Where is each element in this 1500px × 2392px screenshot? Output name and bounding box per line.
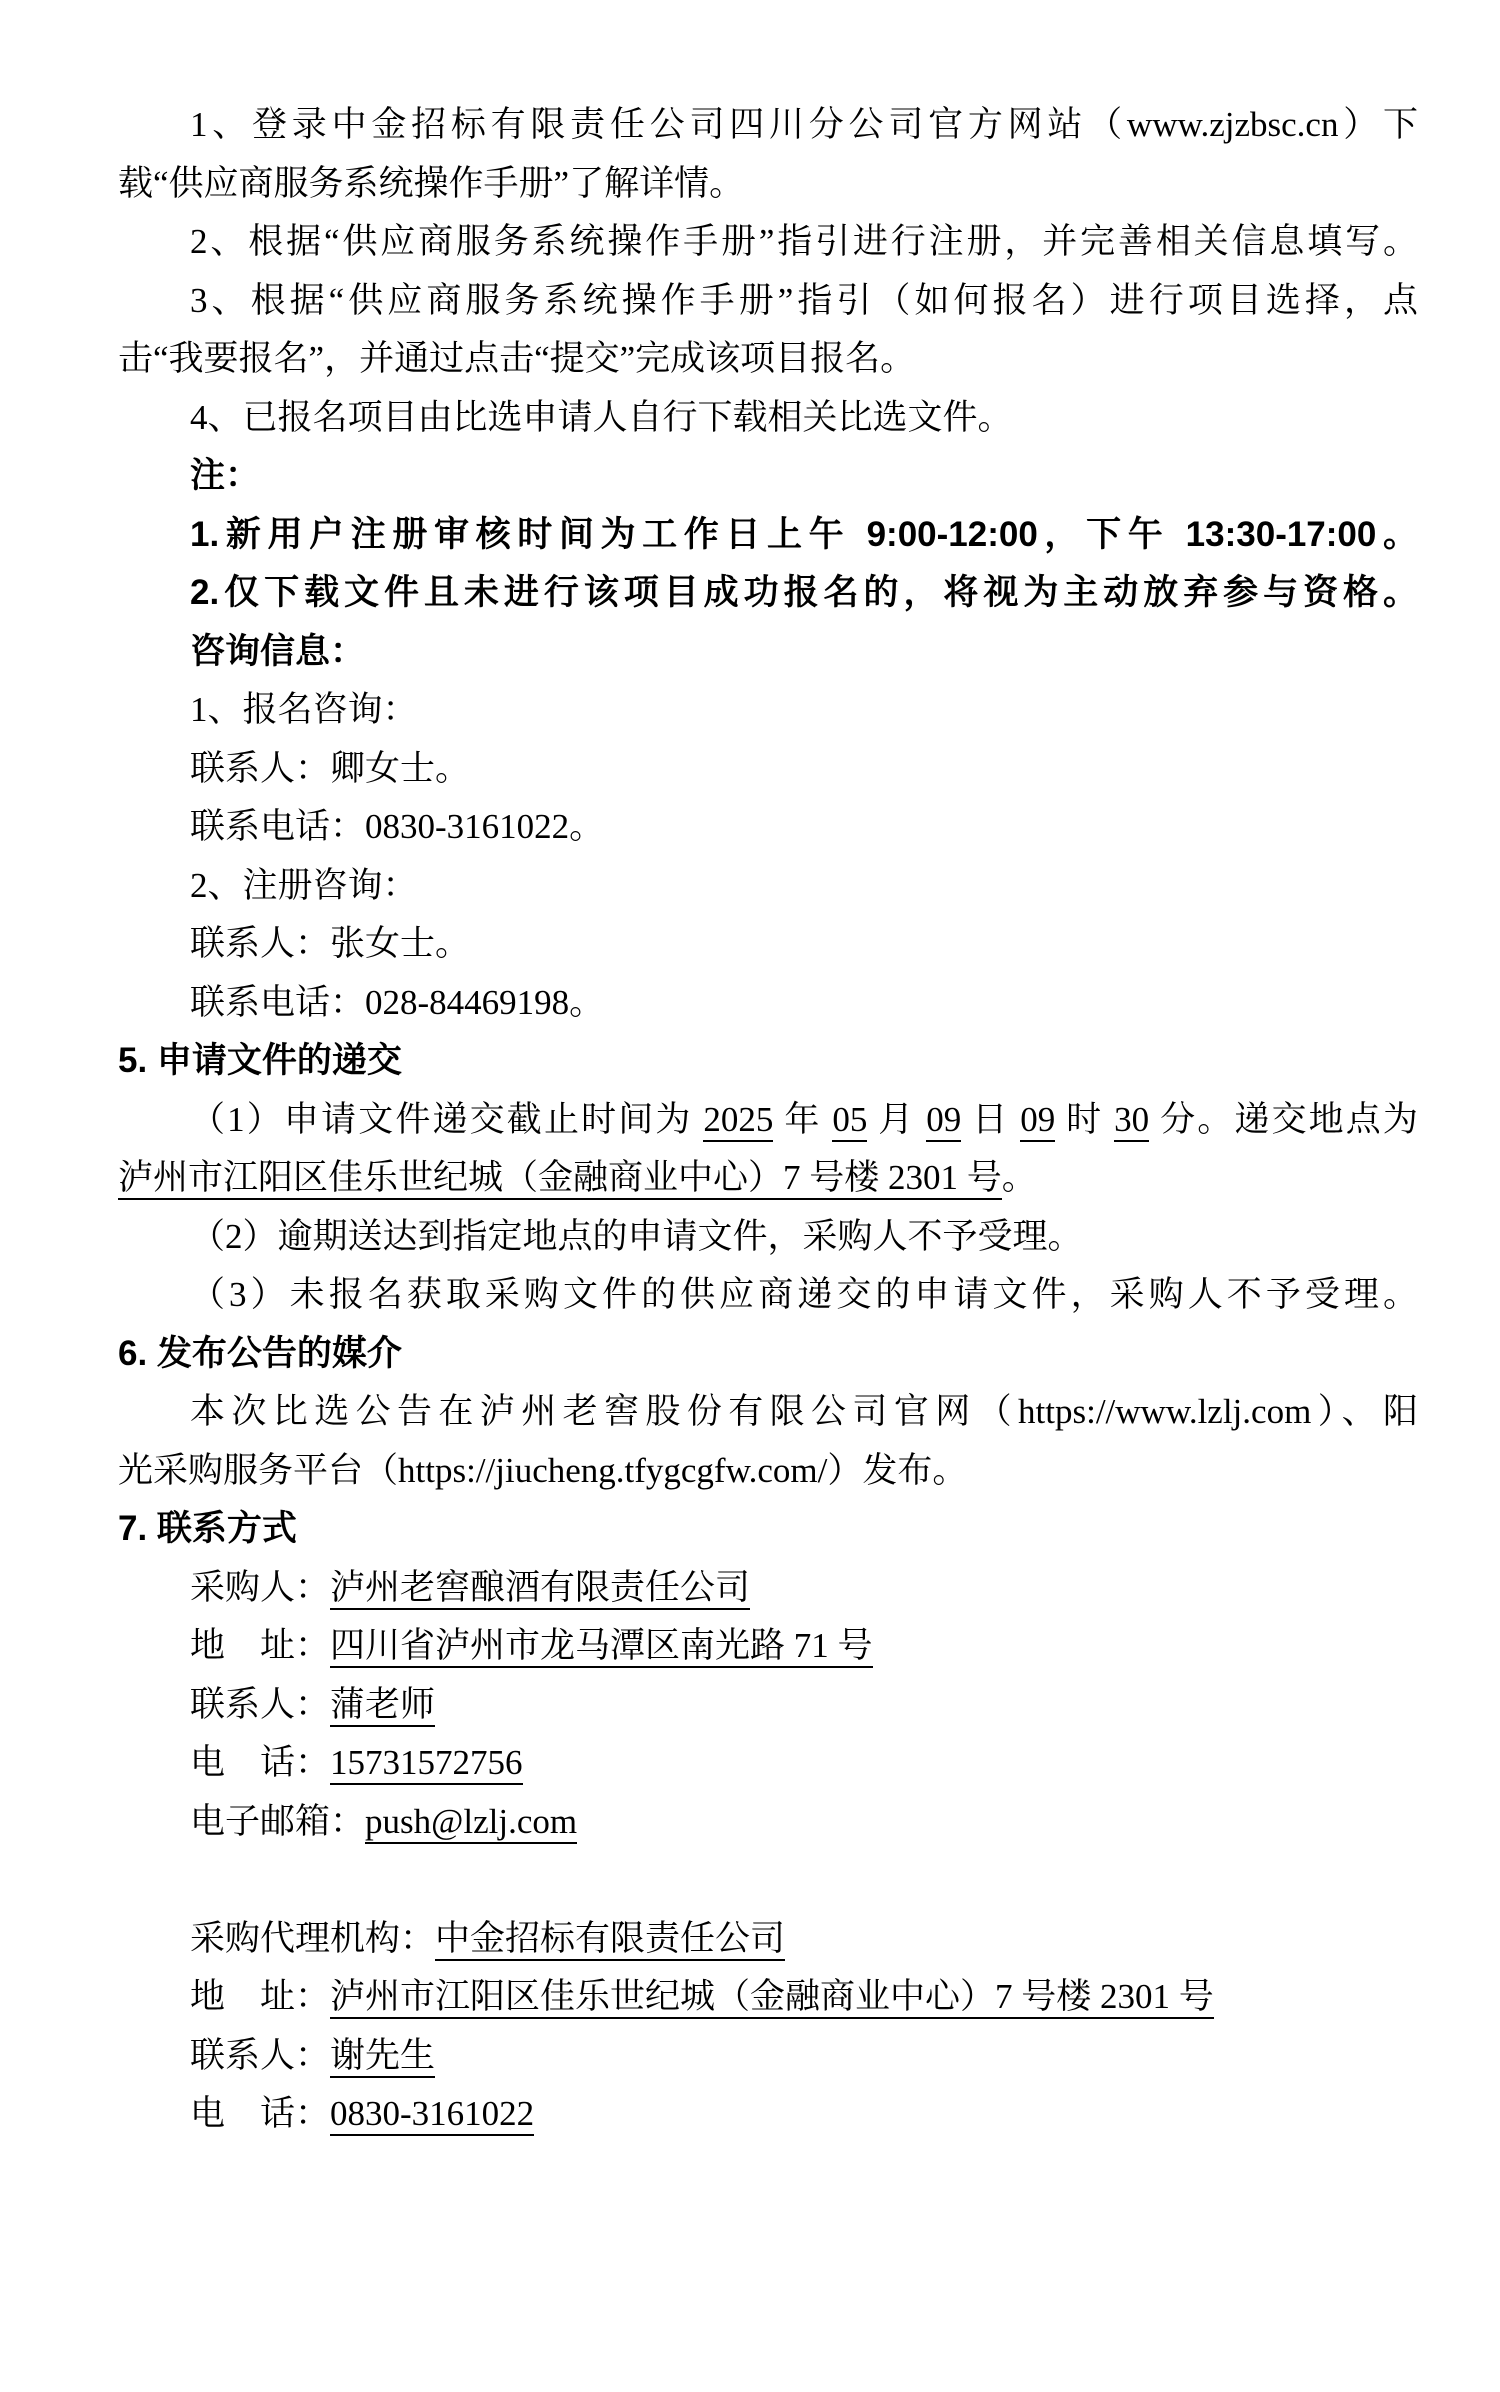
text-segment: 电 话： [190,2094,330,2133]
underlined-text-segment: 谢先生 [330,2036,435,2078]
text-segment: 电子邮箱： [190,1802,365,1841]
underlined-text-segment: 05 [832,1100,867,1142]
text-segment: 1.新用户注册审核时间为工作日上午 9:00-12:00，下午 13:30-17… [190,515,1418,554]
underlined-text-segment: 09 [1020,1100,1055,1142]
agency-name: 采购代理机构：中金招标有限责任公司 [118,1910,1418,1969]
text-segment: 2.仅下载文件且未进行该项目成功报名的，将视为主动放弃参与资格。 [190,573,1418,612]
purchaser-name: 采购人：泸州老窖酿酒有限责任公司 [118,1559,1418,1618]
consult-info-heading: 咨询信息： [118,623,1418,682]
text-segment: 地 址： [190,1977,330,2016]
text-segment: 3、根据“供应商服务系统操作手册”指引（如何报名）进行项目选择，点 [190,281,1418,320]
text-segment: 4、已报名项目由比选申请人自行下载相关比选文件。 [190,398,1013,437]
text-segment: 月 [867,1100,926,1139]
consult-signup-phone: 联系电话：0830-3161022。 [118,798,1418,857]
agency-address: 地 址：泸州市江阳区佳乐世纪城（金融商业中心）7 号楼 2301 号 [118,1968,1418,2027]
note-heading: 注： [118,447,1418,506]
text-segment: 6. 发布公告的媒介 [118,1334,402,1373]
submission-rule-3: （3）未报名获取采购文件的供应商递交的申请文件，采购人不予受理。 [118,1266,1418,1325]
text-segment: 分。递交地点为 [1149,1100,1418,1139]
submission-deadline-line2: 泸州市江阳区佳乐世纪城（金融商业中心）7 号楼 2301 号。 [118,1149,1418,1208]
section-heading-7-contact: 7. 联系方式 [118,1500,1418,1559]
consult-register-contact: 联系人：张女士。 [118,915,1418,974]
text-segment: 年 [773,1100,832,1139]
underlined-text-segment: 泸州市江阳区佳乐世纪城（金融商业中心）7 号楼 2301 号 [330,1977,1214,2019]
purchaser-email: 电子邮箱：push@lzlj.com [118,1793,1418,1852]
text-segment: 联系人： [190,1685,330,1724]
note-item-2: 2.仅下载文件且未进行该项目成功报名的，将视为主动放弃参与资格。 [118,564,1418,623]
text-segment: 7. 联系方式 [118,1509,297,1548]
consult-signup-heading: 1、报名咨询： [118,681,1418,740]
para-step2: 2、根据“供应商服务系统操作手册”指引进行注册，并完善相关信息填写。 [118,213,1418,272]
submission-rule-2: （2）逾期送达到指定地点的申请文件，采购人不予受理。 [118,1208,1418,1267]
text-segment: 地 址： [190,1626,330,1665]
text-segment: 2、注册咨询： [190,866,418,905]
text-segment: 联系人：卿女士。 [190,749,470,788]
text-segment: 载“供应商服务系统操作手册”了解详情。 [118,164,744,203]
para-step1-line2: 载“供应商服务系统操作手册”了解详情。 [118,155,1418,214]
underlined-text-segment: 蒲老师 [330,1685,435,1727]
text-segment: 联系电话：028-84469198。 [190,983,604,1022]
underlined-text-segment: 09 [926,1100,961,1142]
document-page: 1、登录中金招标有限责任公司四川分公司官方网站（www.zjzbsc.cn）下载… [0,0,1500,2392]
agency-contact: 联系人：谢先生 [118,2027,1418,2086]
para-step3-line2: 击“我要报名”，并通过点击“提交”完成该项目报名。 [118,330,1418,389]
text-segment: 光采购服务平台（https://jiucheng.tfygcgfw.com/）发… [118,1451,967,1490]
text-segment: （1）申请文件递交截止时间为 [190,1100,703,1139]
consult-register-heading: 2、注册咨询： [118,857,1418,916]
text-segment: 。 [1002,1158,1037,1197]
text-segment: 联系人： [190,2036,330,2075]
underlined-text-segment: 0830-3161022 [330,2094,534,2136]
text-segment: 联系电话：0830-3161022。 [190,807,604,846]
underlined-text-segment: 泸州市江阳区佳乐世纪城（金融商业中心）7 号楼 2301 号 [118,1158,1002,1200]
text-segment: 时 [1055,1100,1114,1139]
para-step3-line1: 3、根据“供应商服务系统操作手册”指引（如何报名）进行项目选择，点 [118,272,1418,331]
consult-signup-contact: 联系人：卿女士。 [118,740,1418,799]
text-segment: 击“我要报名”，并通过点击“提交”完成该项目报名。 [118,339,915,378]
text-segment: 日 [961,1100,1020,1139]
text-segment: 咨询信息： [190,632,365,671]
submission-deadline-line1: （1）申请文件递交截止时间为 2025 年 05 月 09 日 09 时 30 … [118,1091,1418,1150]
text-segment: 2、根据“供应商服务系统操作手册”指引进行注册，并完善相关信息填写。 [190,222,1418,261]
blank-line [118,1851,1418,1910]
underlined-text-segment: 30 [1114,1100,1149,1142]
text-segment: 联系人：张女士。 [190,924,470,963]
purchaser-contact: 联系人：蒲老师 [118,1676,1418,1735]
text-segment: （3）未报名获取采购文件的供应商递交的申请文件，采购人不予受理。 [190,1275,1418,1314]
text-segment: （2）逾期送达到指定地点的申请文件，采购人不予受理。 [190,1217,1083,1256]
purchaser-phone: 电 话：15731572756 [118,1734,1418,1793]
text-segment: 1、报名咨询： [190,690,418,729]
text-segment: 采购人： [190,1568,330,1607]
text-segment: 注： [190,456,260,495]
text-segment: 5. 申请文件的递交 [118,1041,402,1080]
text-segment: 采购代理机构： [190,1919,435,1958]
underlined-text-segment: push@lzlj.com [365,1802,577,1844]
text-segment: 1、登录中金招标有限责任公司四川分公司官方网站（www.zjzbsc.cn）下 [190,105,1418,144]
text-segment: 本次比选公告在泸州老窖股份有限公司官网（https://www.lzlj.com… [190,1392,1418,1431]
underlined-text-segment: 15731572756 [330,1743,523,1785]
underlined-text-segment: 2025 [703,1100,773,1142]
para-step4: 4、已报名项目由比选申请人自行下载相关比选文件。 [118,389,1418,448]
underlined-text-segment: 泸州老窖酿酒有限责任公司 [330,1568,750,1610]
text-segment: 电 话： [190,1743,330,1782]
consult-register-phone: 联系电话：028-84469198。 [118,974,1418,1033]
media-line2: 光采购服务平台（https://jiucheng.tfygcgfw.com/）发… [118,1442,1418,1501]
section-heading-6-media: 6. 发布公告的媒介 [118,1325,1418,1384]
section-heading-5-submission: 5. 申请文件的递交 [118,1032,1418,1091]
media-line1: 本次比选公告在泸州老窖股份有限公司官网（https://www.lzlj.com… [118,1383,1418,1442]
para-step1-line1: 1、登录中金招标有限责任公司四川分公司官方网站（www.zjzbsc.cn）下 [118,96,1418,155]
underlined-text-segment: 中金招标有限责任公司 [435,1919,785,1961]
agency-phone: 电 话：0830-3161022 [118,2085,1418,2144]
underlined-text-segment: 四川省泸州市龙马潭区南光路 71 号 [330,1626,873,1668]
note-item-1: 1.新用户注册审核时间为工作日上午 9:00-12:00，下午 13:30-17… [118,506,1418,565]
purchaser-address: 地 址：四川省泸州市龙马潭区南光路 71 号 [118,1617,1418,1676]
